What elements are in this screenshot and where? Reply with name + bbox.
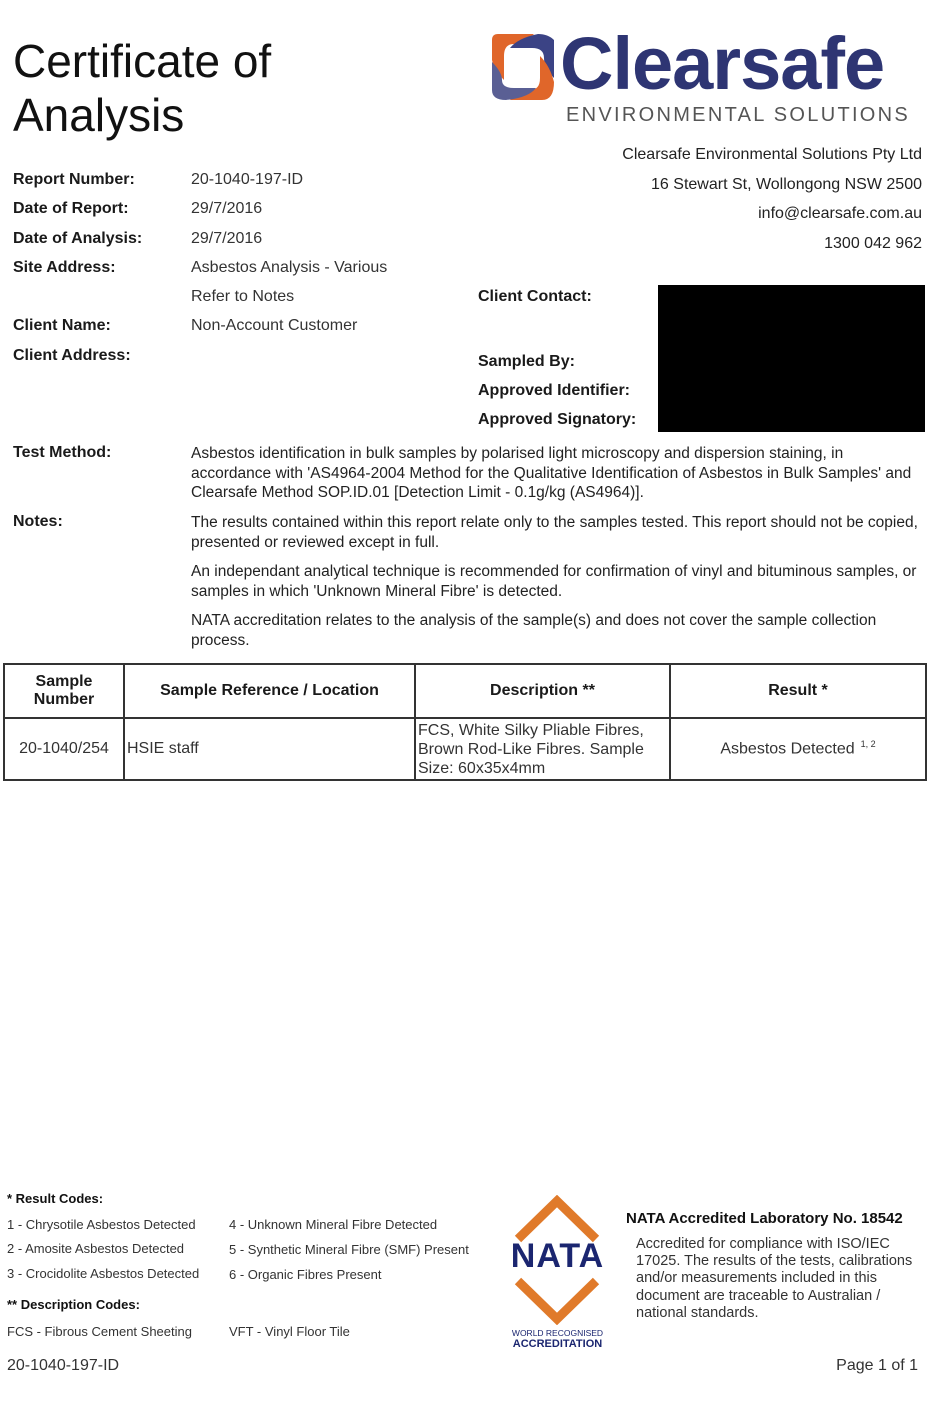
nata-logo: NATA WORLD RECOGNISED ACCREDITATION — [500, 1195, 615, 1353]
nata-logo-text: NATA — [500, 1237, 615, 1276]
date-of-analysis-label: Date of Analysis: — [13, 230, 142, 248]
site-address-label: Site Address: — [13, 259, 116, 277]
description-code-vft: VFT - Vinyl Floor Tile — [229, 1324, 350, 1339]
company-phone: 1300 042 962 — [622, 229, 922, 259]
company-name: Clearsafe Environmental Solutions Pty Lt… — [622, 140, 922, 170]
logo-tagline: ENVIRONMENTAL SOLUTIONS — [566, 104, 910, 127]
company-address: 16 Stewart St, Wollongong NSW 2500 — [622, 170, 922, 200]
company-email[interactable]: info@clearsafe.com.au — [622, 199, 922, 229]
logo-brand: Clearsafe — [560, 24, 884, 104]
nata-lab-title: NATA Accredited Laboratory No. 18542 — [626, 1210, 903, 1227]
samples-table: Sample Number Sample Reference / Locatio… — [3, 663, 927, 781]
cell-sample-number: 20-1040/254 — [4, 718, 124, 780]
nata-logo-sub1: WORLD RECOGNISED — [500, 1328, 615, 1338]
site-address-value-2: Refer to Notes — [191, 288, 294, 306]
test-method-label: Test Method: — [13, 444, 111, 462]
footer-page-number: Page 1 of 1 — [836, 1357, 918, 1375]
client-name-value: Non-Account Customer — [191, 317, 357, 335]
table-header-row: Sample Number Sample Reference / Locatio… — [4, 664, 926, 718]
footer-report-id: 20-1040-197-ID — [7, 1357, 119, 1375]
date-of-analysis-value: 29/7/2016 — [191, 230, 262, 248]
client-name-label: Client Name: — [13, 317, 111, 335]
result-code-3: 3 - Crocidolite Asbestos Detected — [7, 1266, 199, 1281]
header-sample-number: Sample Number — [4, 664, 124, 718]
document-title: Certificate of Analysis — [13, 34, 271, 142]
description-codes-title: ** Description Codes: — [7, 1297, 140, 1312]
date-of-report-label: Date of Report: — [13, 200, 129, 218]
result-code-1: 1 - Chrysotile Asbestos Detected — [7, 1217, 196, 1232]
test-method-text: Asbestos identification in bulk samples … — [191, 444, 921, 503]
header-sample-reference: Sample Reference / Location — [124, 664, 415, 718]
clearsafe-swirl-icon — [484, 30, 560, 106]
result-text: Asbestos Detected — [720, 741, 854, 758]
nata-logo-sub2: ACCREDITATION — [500, 1338, 615, 1350]
client-address-label: Client Address: — [13, 347, 131, 365]
notes-label: Notes: — [13, 513, 63, 531]
header-result: Result * — [670, 664, 926, 718]
client-contact-label: Client Contact: — [478, 288, 592, 306]
description-code-fcs: FCS - Fibrous Cement Sheeting — [7, 1324, 192, 1339]
date-of-report-value: 29/7/2016 — [191, 200, 262, 218]
clearsafe-logo: Clearsafe ENVIRONMENTAL SOLUTIONS — [484, 28, 924, 132]
result-code-4: 4 - Unknown Mineral Fibre Detected — [229, 1217, 437, 1232]
notes: The results contained within this report… — [191, 513, 921, 650]
table-row: 20-1040/254 HSIE staff FCS, White Silky … — [4, 718, 926, 780]
note-2: An independant analytical technique is r… — [191, 562, 921, 601]
cell-result: Asbestos Detected1, 2 — [670, 718, 926, 780]
cell-description: FCS, White Silky Pliable Fibres, Brown R… — [415, 718, 670, 780]
cell-sample-reference: HSIE staff — [124, 718, 415, 780]
result-code-6: 6 - Organic Fibres Present — [229, 1267, 381, 1282]
title-line-2: Analysis — [13, 88, 271, 142]
approved-signatory-label: Approved Signatory: — [478, 411, 636, 429]
result-code-2: 2 - Amosite Asbestos Detected — [7, 1241, 184, 1256]
title-line-1: Certificate of — [13, 34, 271, 88]
company-details: Clearsafe Environmental Solutions Pty Lt… — [622, 140, 922, 258]
result-codes-title: * Result Codes: — [7, 1191, 103, 1206]
report-number-label: Report Number: — [13, 171, 135, 189]
nata-accreditation-text: Accredited for compliance with ISO/IEC 1… — [636, 1236, 926, 1322]
site-address-value: Asbestos Analysis - Various — [191, 259, 387, 277]
redacted-block — [658, 285, 925, 432]
sampled-by-label: Sampled By: — [478, 353, 575, 371]
header-description: Description ** — [415, 664, 670, 718]
result-code-5: 5 - Synthetic Mineral Fibre (SMF) Presen… — [229, 1242, 469, 1257]
report-number-value: 20-1040-197-ID — [191, 171, 303, 189]
note-1: The results contained within this report… — [191, 513, 921, 552]
note-3: NATA accreditation relates to the analys… — [191, 611, 921, 650]
approved-identifier-label: Approved Identifier: — [478, 382, 630, 400]
result-codes: 1, 2 — [861, 739, 876, 749]
